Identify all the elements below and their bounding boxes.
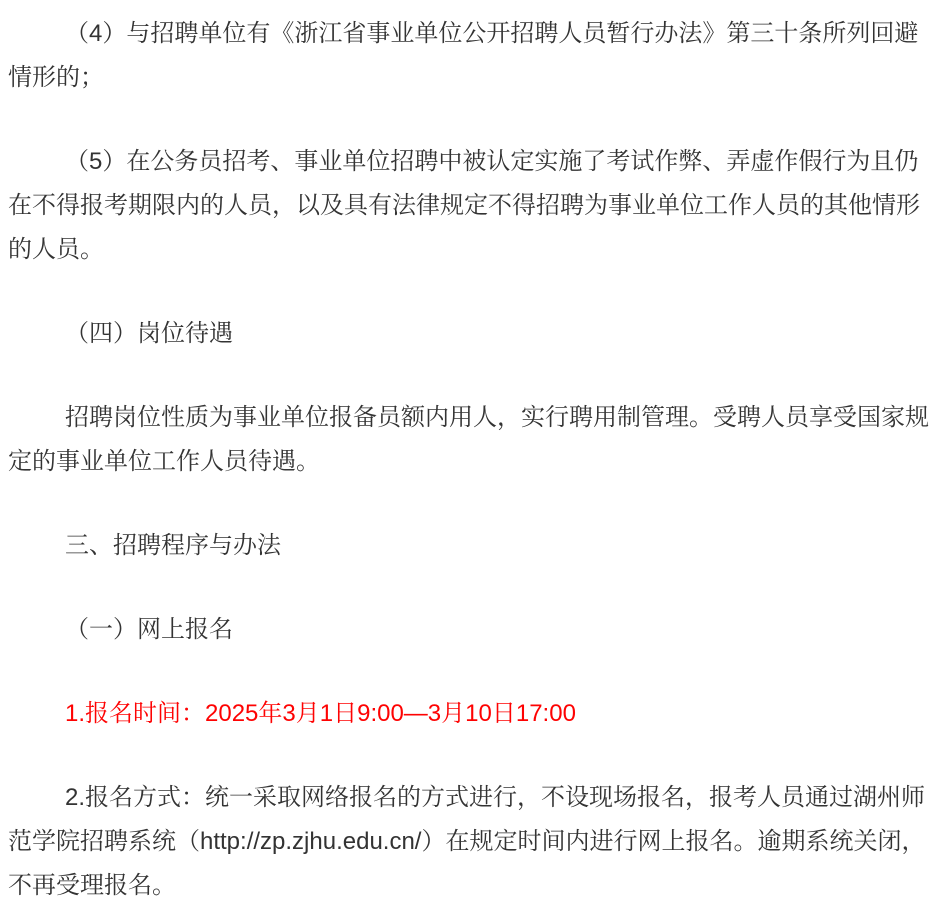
paragraph-clause-5-cheating: （5）在公务员招考、事业单位招聘中被认定实施了考试作弊、弄虚作假行为且仍在不得报…: [8, 140, 932, 272]
heading-subsection-1-online-registration: （一）网上报名: [8, 608, 932, 652]
paragraph-clause-4-avoidance: （4）与招聘单位有《浙江省事业单位公开招聘人员暂行办法》第三十条所列回避情形的；: [8, 12, 932, 100]
document-page: （4）与招聘单位有《浙江省事业单位公开招聘人员暂行办法》第三十条所列回避情形的；…: [0, 0, 944, 909]
heading-chapter-3-procedure: 三、招聘程序与办法: [8, 524, 932, 568]
paragraph-registration-method: 2.报名方式：统一采取网络报名的方式进行，不设现场报名，报考人员通过湖州师范学院…: [8, 776, 932, 908]
heading-section-4-job-benefits: （四）岗位待遇: [8, 312, 932, 356]
paragraph-job-benefits-body: 招聘岗位性质为事业单位报备员额内用人，实行聘用制管理。受聘人员享受国家规定的事业…: [8, 396, 932, 484]
paragraph-registration-time-highlight: 1.报名时间：2025年3月1日9:00—3月10日17:00: [8, 692, 932, 736]
